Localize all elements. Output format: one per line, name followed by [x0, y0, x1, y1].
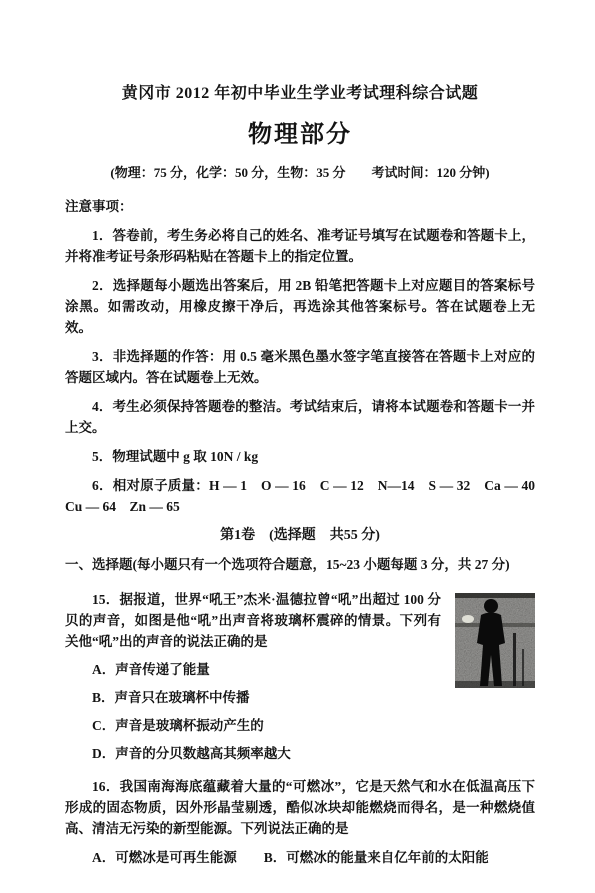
photo-light-spot: [462, 615, 474, 623]
question-16: 16．我国南海海底蕴藏着大量的“可燃冰”，它是天然气和水在低温高压下形成的固态物…: [65, 776, 535, 868]
exam-page: 黄冈市 2012 年初中毕业生学业考试理科综合试题 物理部分 (物理：75 分，…: [0, 0, 595, 893]
note-item-1: 1．答卷前，考生务必将自己的姓名、准考证号填写在试题卷和答题卡上，并将准考证号条…: [65, 225, 535, 267]
question-15-option-c: C．声音是玻璃杯振动产生的: [65, 715, 535, 736]
photo-figure-head: [484, 599, 498, 613]
question-16-stem: 16．我国南海海底蕴藏着大量的“可燃冰”，它是天然气和水在低温高压下形成的固态物…: [65, 776, 535, 839]
question-16-options-row: A．可燃冰是可再生能源B．可燃冰的能量来自亿年前的太阳能: [65, 847, 535, 868]
photo-band-top: [455, 593, 535, 598]
note-item-4: 4．考生必须保持答题卷的整洁。考试结束后，请将本试题卷和答题卡一并上交。: [65, 396, 535, 438]
part1-heading: 第1卷 (选择题 共55 分): [65, 525, 535, 546]
question-15: 15．据报道，世界“吼王”杰米·温德拉曾“吼”出超过 100 分贝的声音，如图是…: [65, 589, 535, 764]
notes-heading: 注意事项：: [65, 196, 535, 217]
note-item-6: 6．相对原子质量：H — 1 O — 16 C — 12 N—14 S — 32…: [65, 475, 535, 517]
question-15-option-d: D．声音的分贝数越高其频率越大: [65, 743, 535, 764]
photo-illustration: [455, 593, 535, 688]
shout-shatter-glass-photo: [455, 593, 535, 688]
section1-heading: 一、选择题(每小题只有一个选项符合题意，15~23 小题每题 3 分，共 27 …: [65, 554, 535, 575]
note-item-2: 2．选择题每小题选出答案后，用 2B 铅笔把答题卡上对应题目的答案标号涂黑。如需…: [65, 275, 535, 338]
doc-title: 黄冈市 2012 年初中毕业生学业考试理科综合试题: [65, 83, 535, 105]
part-title: 物理部分: [65, 119, 535, 151]
question-16-option-a: A．可燃冰是可再生能源: [92, 850, 237, 865]
score-line: (物理：75 分，化学：50 分，生物：35 分 考试时间：120 分钟): [65, 163, 535, 183]
photo-mic-stand: [513, 633, 516, 686]
note-item-3: 3．非选择题的作答：用 0.5 毫米黑色墨水签字笔直接答在答题卡上对应的答题区域…: [65, 346, 535, 388]
question-15-option-b: B．声音只在玻璃杯中传播: [65, 687, 535, 708]
question-16-option-b: B．可燃冰的能量来自亿年前的太阳能: [264, 850, 489, 865]
note-item-5: 5．物理试题中 g 取 10N / kg: [65, 446, 535, 467]
photo-glass-stand: [522, 649, 524, 686]
